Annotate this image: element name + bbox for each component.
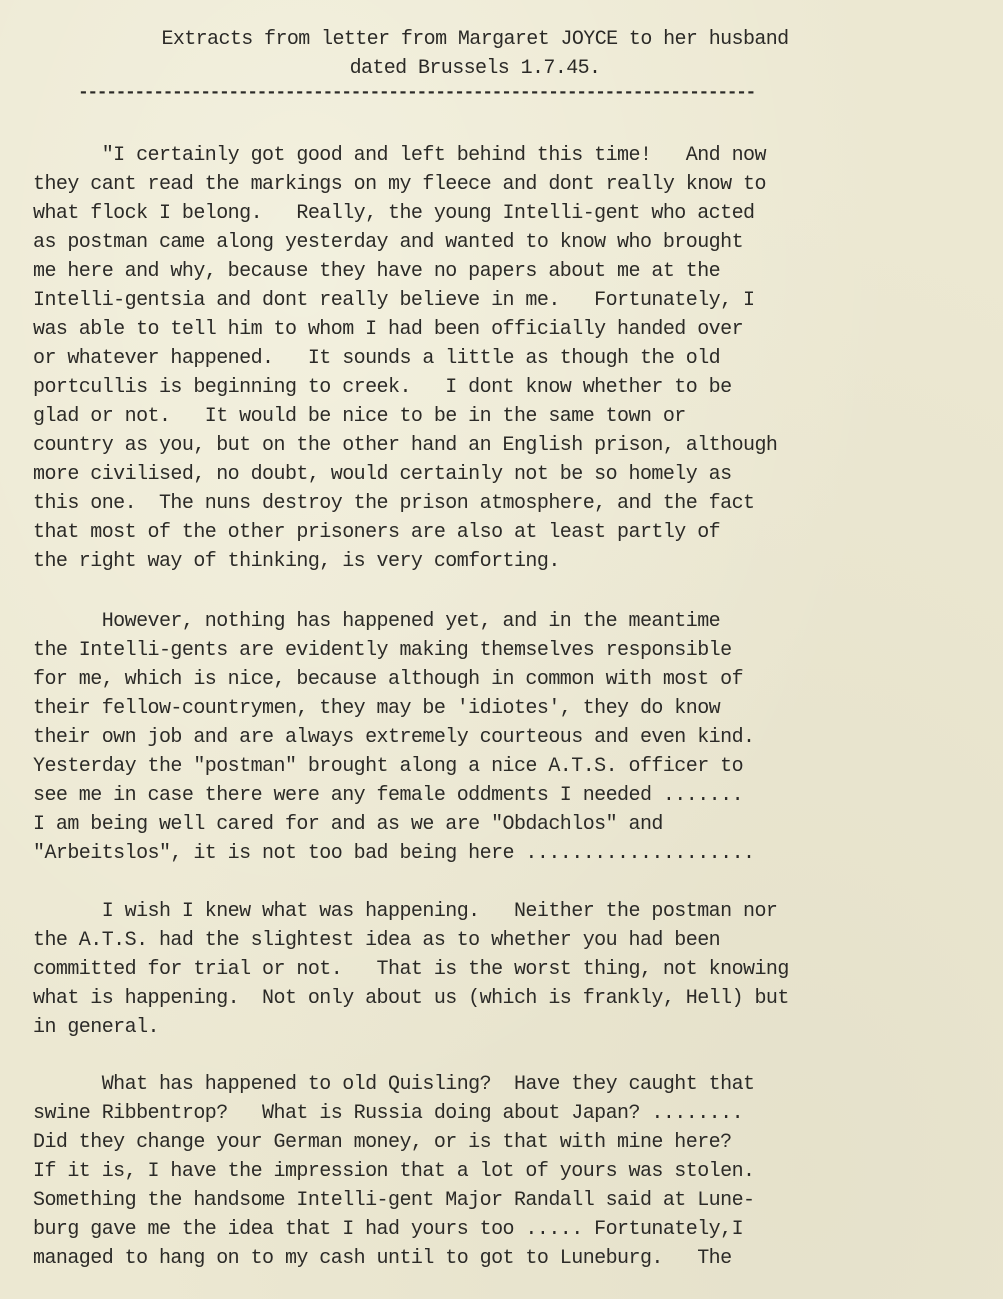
text-line: this one. The nuns destroy the prison at… <box>33 489 1003 518</box>
text-line: their own job and are always extremely c… <box>33 723 1003 752</box>
text-line: what is happening. Not only about us (wh… <box>33 984 1003 1013</box>
text-line: If it is, I have the impression that a l… <box>33 1157 1003 1186</box>
text-line: more civilised, no doubt, would certainl… <box>33 460 1003 489</box>
text-line: Intelli-gentsia and dont really believe … <box>33 286 1003 315</box>
text-line: their fellow-countrymen, they may be 'id… <box>33 694 1003 723</box>
text-line: I am being well cared for and as we are … <box>33 810 1003 839</box>
text-line: or whatever happened. It sounds a little… <box>33 344 1003 373</box>
text-line: glad or not. It would be nice to be in t… <box>33 402 1003 431</box>
text-line: swine Ribbentrop? What is Russia doing a… <box>33 1099 1003 1128</box>
text-line: the right way of thinking, is very comfo… <box>33 547 1003 576</box>
paragraph-4: What has happened to old Quisling? Have … <box>33 1070 1003 1273</box>
text-line: for me, which is nice, because although … <box>33 665 1003 694</box>
text-line: as postman came along yesterday and want… <box>33 228 1003 257</box>
text-line: "I certainly got good and left behind th… <box>33 141 1003 170</box>
document-date-line: dated Brussels 1.7.45. <box>0 55 950 83</box>
text-line: see me in case there were any female odd… <box>33 781 1003 810</box>
text-line: committed for trial or not. That is the … <box>33 955 1003 984</box>
document-title: Extracts from letter from Margaret JOYCE… <box>0 26 950 54</box>
text-line: in general. <box>33 1013 1003 1042</box>
text-line: What has happened to old Quisling? Have … <box>33 1070 1003 1099</box>
text-line: burg gave me the idea that I had yours t… <box>33 1215 1003 1244</box>
paragraph-1: "I certainly got good and left behind th… <box>33 141 1003 576</box>
text-line: country as you, but on the other hand an… <box>33 431 1003 460</box>
document-page: Extracts from letter from Margaret JOYCE… <box>0 0 1003 1299</box>
paragraph-3: I wish I knew what was happening. Neithe… <box>33 897 1003 1042</box>
text-line: Something the handsome Intelli-gent Majo… <box>33 1186 1003 1215</box>
text-line: "Arbeitslos", it is not too bad being he… <box>33 839 1003 868</box>
text-line: the A.T.S. had the slightest idea as to … <box>33 926 1003 955</box>
text-line: that most of the other prisoners are als… <box>33 518 1003 547</box>
text-line: was able to tell him to whom I had been … <box>33 315 1003 344</box>
separator-rule: ----------------------------------------… <box>78 84 875 102</box>
paragraph-2: However, nothing has happened yet, and i… <box>33 607 1003 868</box>
text-line: portcullis is beginning to creek. I dont… <box>33 373 1003 402</box>
text-line: me here and why, because they have no pa… <box>33 257 1003 286</box>
text-line: However, nothing has happened yet, and i… <box>33 607 1003 636</box>
text-line: I wish I knew what was happening. Neithe… <box>33 897 1003 926</box>
text-line: managed to hang on to my cash until to g… <box>33 1244 1003 1273</box>
text-line: they cant read the markings on my fleece… <box>33 170 1003 199</box>
text-line: the Intelli-gents are evidently making t… <box>33 636 1003 665</box>
text-line: Yesterday the "postman" brought along a … <box>33 752 1003 781</box>
text-line: Did they change your German money, or is… <box>33 1128 1003 1157</box>
text-line: what flock I belong. Really, the young I… <box>33 199 1003 228</box>
